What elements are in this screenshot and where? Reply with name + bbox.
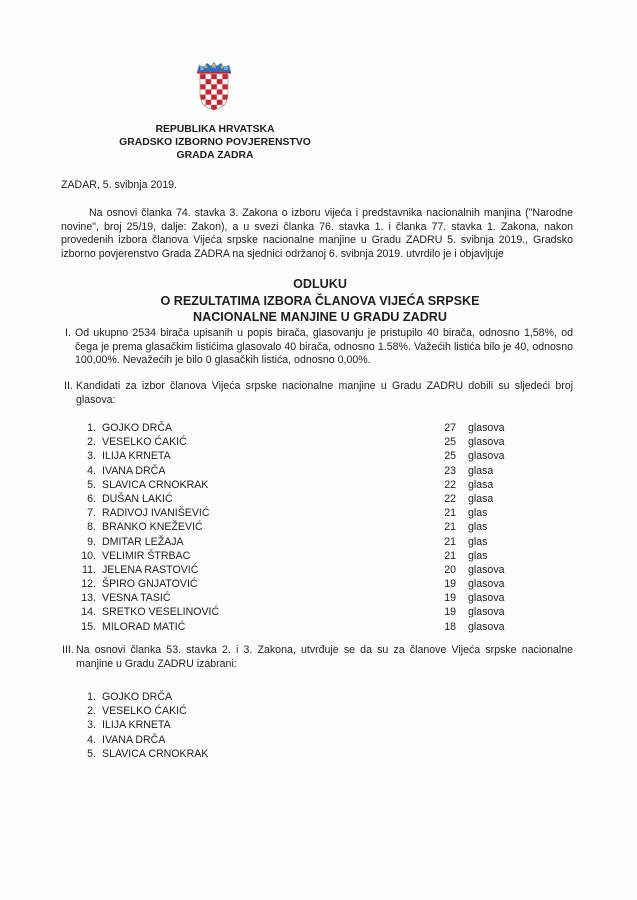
section-iii-number: III. [62,644,74,658]
candidate-row: 1.GOJKO DRČA27glasova [76,421,506,435]
candidate-row: 2.VESELKO ĆAKIĆ25glasova [76,435,506,449]
candidate-number: 6. [76,492,96,506]
candidate-row: 4.IVANA DRČA23glasa [76,464,506,478]
preamble-paragraph: Na osnovi članka 74. stavka 3. Zakona o … [61,207,573,261]
candidate-name: VELIMIR ŠTRBAC [102,549,190,563]
candidate-number: 2. [76,435,96,449]
candidate-number: 14. [76,605,96,619]
place-date: ZADAR, 5. svibnja 2019. [61,179,177,191]
elected-member-row: 1.GOJKO DRČA [76,690,276,704]
document-title: ODLUKU O REZULTATIMA IZBORA ČLANOVA VIJE… [100,276,540,326]
candidate-number: 10. [76,549,96,563]
candidate-votes: 25 [436,449,456,463]
issuer-header: REPUBLIKA HRVATSKA GRADSKO IZBORNO POVJE… [100,123,330,162]
section-i-text: Od ukupno 2534 birača upisanih u popis b… [75,327,573,368]
elected-number: 4. [76,733,96,747]
candidate-name: IVANA DRČA [102,464,165,478]
elected-name: SLAVICA CRNOKRAK [102,747,208,761]
candidate-number: 7. [76,506,96,520]
candidate-votes: 25 [436,435,456,449]
candidate-votes-unit: glasa [468,464,493,478]
croatian-coat-of-arms-icon [193,61,235,111]
candidate-votes-unit: glasova [468,577,505,591]
candidate-votes-unit: glasova [468,620,505,634]
candidate-votes: 23 [436,464,456,478]
candidate-votes: 19 [436,591,456,605]
elected-name: VESELKO ĆAKIĆ [102,704,187,718]
candidate-number: 11. [76,563,96,577]
candidate-number: 4. [76,464,96,478]
section-i-number: I. [65,327,71,341]
candidate-votes-unit: glasa [468,478,493,492]
candidate-votes: 22 [436,478,456,492]
candidate-number: 5. [76,478,96,492]
title-line-2: O REZULTATIMA IZBORA ČLANOVA VIJEĆA SRPS… [100,293,540,310]
section-iii-text: Na osnovi članka 53. stavka 2. i 3. Zako… [76,644,573,671]
elected-number: 1. [76,690,96,704]
candidate-row: 10.VELIMIR ŠTRBAC21glas [76,549,506,563]
candidate-name: ILIJA KRNETA [102,449,171,463]
candidate-votes: 27 [436,421,456,435]
candidate-name: SLAVICA CRNOKRAK [102,478,208,492]
candidate-name: VESNA TASIĆ [102,591,171,605]
elected-number: 5. [76,747,96,761]
candidate-votes-unit: glasova [468,421,505,435]
elected-name: IVANA DRČA [102,733,165,747]
candidate-row: 8.BRANKO KNEŽEVIĆ21glas [76,520,506,534]
elected-member-row: 4.IVANA DRČA [76,733,276,747]
candidate-row: 15.MILORAD MATIĆ18glasova [76,620,506,634]
header-line-city: GRADA ZADRA [100,149,330,162]
candidate-votes: 20 [436,563,456,577]
candidate-name: DMITAR LEŽAJA [102,535,184,549]
candidate-row: 9.DMITAR LEŽAJA21glas [76,535,506,549]
candidate-votes-unit: glasova [468,591,505,605]
candidate-votes: 21 [436,520,456,534]
candidate-results-list: 1.GOJKO DRČA27glasova2.VESELKO ĆAKIĆ25gl… [76,421,506,634]
header-line-commission: GRADSKO IZBORNO POVJERENSTVO [100,136,330,149]
candidate-number: 1. [76,421,96,435]
candidate-votes: 22 [436,492,456,506]
candidate-votes: 18 [436,620,456,634]
elected-number: 2. [76,704,96,718]
candidate-name: VESELKO ĆAKIĆ [102,435,187,449]
candidate-number: 15. [76,620,96,634]
elected-number: 3. [76,718,96,732]
elected-member-row: 2.VESELKO ĆAKIĆ [76,704,276,718]
candidate-votes: 19 [436,605,456,619]
candidate-row: 5.SLAVICA CRNOKRAK22glasa [76,478,506,492]
candidate-number: 3. [76,449,96,463]
section-ii: II. Kandidati za izbor članova Vijeća sr… [64,380,573,407]
candidate-votes-unit: glasova [468,605,505,619]
candidate-votes-unit: glas [468,506,487,520]
title-line-1: ODLUKU [100,276,540,293]
candidate-name: ŠPIRO GNJATOVIĆ [102,577,198,591]
candidate-number: 13. [76,591,96,605]
section-ii-text: Kandidati za izbor članova Vijeća srpske… [76,380,573,407]
elected-member-row: 3.ILIJA KRNETA [76,718,276,732]
candidate-votes: 21 [436,549,456,563]
elected-members-list: 1.GOJKO DRČA2.VESELKO ĆAKIĆ3.ILIJA KRNET… [76,690,276,761]
candidate-votes-unit: glasova [468,563,505,577]
elected-name: ILIJA KRNETA [102,718,171,732]
candidate-name: DUŠAN LAKIĆ [102,492,173,506]
candidate-number: 8. [76,520,96,534]
candidate-name: JELENA RASTOVIĆ [102,563,198,577]
candidate-name: MILORAD MATIĆ [102,620,185,634]
elected-name: GOJKO DRČA [102,690,172,704]
candidate-row: 7.RADIVOJ IVANIŠEVIĆ21glas [76,506,506,520]
candidate-votes-unit: glasa [468,492,493,506]
candidate-number: 12. [76,577,96,591]
candidate-number: 9. [76,535,96,549]
elected-member-row: 5.SLAVICA CRNOKRAK [76,747,276,761]
candidate-votes-unit: glas [468,549,487,563]
candidate-votes-unit: glas [468,535,487,549]
candidate-name: GOJKO DRČA [102,421,172,435]
candidate-votes: 21 [436,506,456,520]
candidate-row: 3.ILIJA KRNETA25glasova [76,449,506,463]
candidate-votes: 19 [436,577,456,591]
section-iii: III. Na osnovi članka 53. stavka 2. i 3.… [62,644,573,671]
candidate-row: 12.ŠPIRO GNJATOVIĆ19glasova [76,577,506,591]
candidate-votes-unit: glas [468,520,487,534]
candidate-row: 11.JELENA RASTOVIĆ20glasova [76,563,506,577]
title-line-3: NACIONALNE MANJINE U GRADU ZADRU [100,309,540,326]
candidate-votes-unit: glasova [468,435,505,449]
section-ii-number: II. [64,380,73,394]
preamble-text: Na osnovi članka 74. stavka 3. Zakona o … [61,207,573,260]
header-line-republic: REPUBLIKA HRVATSKA [100,123,330,136]
candidate-row: 13.VESNA TASIĆ19glasova [76,591,506,605]
candidate-name: RADIVOJ IVANIŠEVIĆ [102,506,210,520]
section-i: I. Od ukupno 2534 birača upisanih u popi… [65,327,573,368]
candidate-name: BRANKO KNEŽEVIĆ [102,520,203,534]
candidate-votes: 21 [436,535,456,549]
candidate-row: 14.SRETKO VESELINOVIĆ19glasova [76,605,506,619]
document-page: REPUBLIKA HRVATSKA GRADSKO IZBORNO POVJE… [0,0,637,900]
candidate-name: SRETKO VESELINOVIĆ [102,605,219,619]
candidate-row: 6.DUŠAN LAKIĆ22glasa [76,492,506,506]
candidate-votes-unit: glasova [468,449,505,463]
